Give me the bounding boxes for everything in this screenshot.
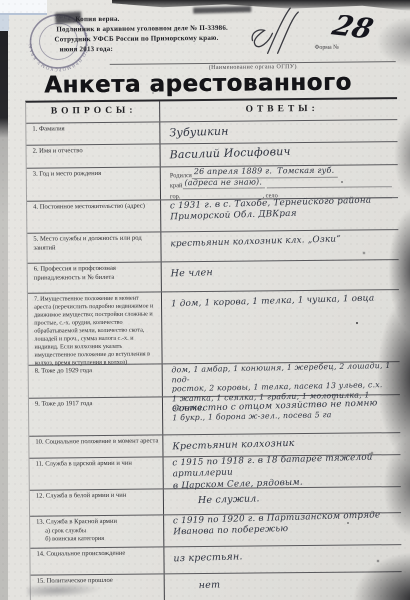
krai-value-handwritten: (адреса не знаю). xyxy=(182,177,265,189)
answer-text: крестьянин колхозник клх. „Озки“ xyxy=(170,234,341,250)
gor-label: гор. xyxy=(170,193,181,200)
col-header-answers: ОТВЕТЫ: xyxy=(159,99,397,121)
answer-text: нет xyxy=(199,579,221,592)
form-label: Форма № xyxy=(315,45,339,51)
question-text: Служба в царской армии и чин xyxy=(45,460,132,468)
table-row-11: 11. Служба в царской армии и чин с 1915 … xyxy=(30,455,401,491)
col-header-questions: ВОПРОСЫ: xyxy=(26,101,159,122)
cert-officer-line: Сотрудник УФСБ России по Приморскому кра… xyxy=(54,34,218,44)
blank-line xyxy=(267,178,392,188)
question-text: Профессия и профсоюзная принадлежность и… xyxy=(34,265,116,281)
question-text: Тоже до 1929 года xyxy=(41,367,92,374)
answer-text: Не служил. xyxy=(198,493,260,507)
answer-text: с 1919 по 1920 г. в Партизанском отряде … xyxy=(173,510,381,539)
question-text: Имущественное положение в момент ареста … xyxy=(34,295,153,367)
question-number: 14. xyxy=(36,551,44,558)
question-number: 1. xyxy=(32,126,37,133)
table-row-5: 5. Место службы и должность или род заня… xyxy=(27,230,398,264)
scan-smudge xyxy=(193,6,251,14)
question-number: 4. xyxy=(33,204,38,211)
question-text: Место службы и должность или род занятий xyxy=(33,235,141,252)
table-row-8: 8. Тоже до 1929 года дом, 1 амбар, 1 кон… xyxy=(29,362,400,399)
question-number: 6. xyxy=(34,266,39,273)
question-number: 12. xyxy=(36,493,44,500)
answer-text: Василий Иосифович xyxy=(169,145,290,163)
answer-text: Не член xyxy=(171,267,214,281)
question-number: 7. xyxy=(34,296,39,303)
questionnaire-table: ВОПРОСЫ: ОТВЕТЫ: 1. Фамилия Зубушкин 2. … xyxy=(25,97,402,600)
question-number: 9. xyxy=(35,401,40,408)
question-sub-b: б) воинская категория xyxy=(36,535,159,545)
scan-corner-white xyxy=(0,0,47,15)
question-text: Имя и отчество xyxy=(39,147,83,154)
table-row-4: 4. Постоянное местожительство (адрес) с … xyxy=(27,198,398,234)
scan-smudge-bottom-left xyxy=(27,582,101,598)
question-number: 11. xyxy=(36,461,44,468)
question-text: Фамилия xyxy=(39,125,65,132)
question-text: Тоже до 1917 года xyxy=(42,400,93,407)
question-number: 8. xyxy=(35,368,40,375)
scanned-document-page: УФСБ РОССИИ • ПО ПРИМОРСКОМУ КРАЮ • Копи… xyxy=(0,0,410,600)
table-row-14: 14. Социальное происхождение из крестьян… xyxy=(30,545,401,576)
officer-signature xyxy=(247,7,307,58)
page-title: Анкета арестованного xyxy=(0,69,398,99)
question-number: 10. xyxy=(35,439,43,446)
question-text: Год и место рождения xyxy=(39,170,101,178)
answer-text: 1 дом, 1 корова, 1 телка, 1 чушка, 1 овц… xyxy=(171,293,375,310)
answer-text: Крестьянин колхозник xyxy=(172,438,295,454)
answer-text: Совместно с отцом хозяйство не помню xyxy=(172,398,378,415)
question-text: Служба в белой армии и чин xyxy=(46,492,127,500)
question-text: Служба в Красной армии xyxy=(46,518,117,526)
answer-text: из крестьян. xyxy=(173,551,242,565)
question-number: 13. xyxy=(36,519,44,526)
table-row-13: 13. Служба в Красной армии а) срок служб… xyxy=(30,513,401,549)
question-text: Социальное происхождение xyxy=(46,550,125,558)
answer-text: с 1915 по 1918 г. в 18 батарее тяжелой а… xyxy=(172,452,399,493)
answer-text: Зубушкин xyxy=(169,125,229,141)
question-number: 3. xyxy=(33,171,38,178)
form-number-handwritten: 28 xyxy=(329,9,377,46)
answer-text: с 1931 г. в с. Тахобе, Тернейского район… xyxy=(170,196,372,225)
cert-date-line: июня 2013 года: xyxy=(60,45,113,54)
cert-copy-line: Копия верна. xyxy=(75,15,119,23)
question-number: 5. xyxy=(33,236,38,243)
question-number: 2. xyxy=(33,148,38,155)
scan-edge-left xyxy=(0,0,8,600)
krai-line: край (адреса не знаю). xyxy=(170,177,396,190)
table-row-9: 9. Тоже до 1917 года Совместно с отцом х… xyxy=(29,395,400,437)
question-text: Постоянное местожительство (адрес) xyxy=(40,203,145,211)
cert-original-line: Подлинник в архивном уголовном деле № П-… xyxy=(56,24,228,34)
paper-sheet: УФСБ РОССИИ • ПО ПРИМОРСКОМУ КРАЮ • Копи… xyxy=(0,0,410,600)
born-place-handwritten: Томская губ. xyxy=(275,166,337,178)
table-row-7: 7. Имущественное положение в момент арес… xyxy=(28,290,400,366)
question-text: Социальное положение в момент ареста xyxy=(45,437,158,445)
krai-label: край xyxy=(170,182,183,189)
table-row-6: 6. Профессия и профсоюзная принадлежност… xyxy=(28,260,399,294)
scan-specks xyxy=(0,0,2,2)
scan-corner-blue xyxy=(0,15,9,31)
